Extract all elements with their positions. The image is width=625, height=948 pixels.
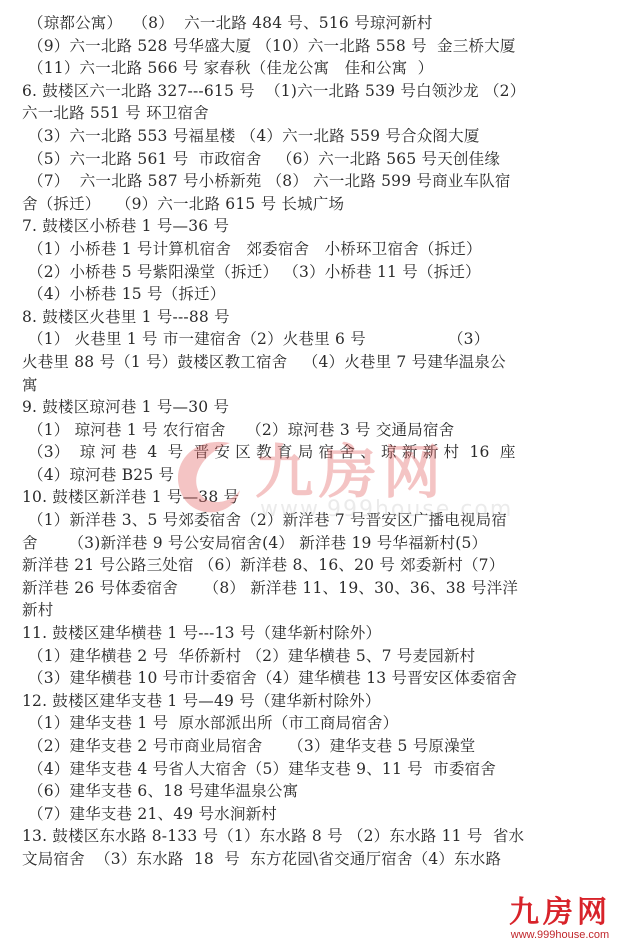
text-line: （1）小桥巷 1 号计算机宿舍 郊委宿舍 小桥环卫宿舍（拆迁） [22, 238, 622, 261]
text-line: （2）建华支巷 2 号市商业局宿舍 （3）建华支巷 5 号原澡堂 [22, 735, 622, 758]
text-line: （3） 琼 河 巷 4 号 晋 安 区 教 育 局 宿 舍 、 琼 新 新 村 … [22, 441, 622, 464]
text-line: 六一北路 551 号 环卫宿舍 [22, 102, 622, 125]
text-line: 火巷里 88 号（1 号）鼓楼区教工宿舍 （4）火巷里 7 号建华温泉公 [22, 351, 622, 374]
text-line: （3）建华横巷 10 号市计委宿舍（4）建华横巷 13 号晋安区体委宿舍 [22, 667, 622, 690]
text-line: （2）小桥巷 5 号紫阳澡堂（拆迁） （3）小桥巷 11 号（拆迁） [22, 261, 622, 284]
text-line: （琼都公寓） （8） 六一北路 484 号、516 号琼河新村 [22, 12, 622, 35]
text-line: （6）建华支巷 6、18 号建华温泉公寓 [22, 780, 622, 803]
logo-url: www.999house.com [501, 929, 619, 942]
text-line: 寓 [22, 374, 622, 397]
section-heading: 8. 鼓楼区火巷里 1 号---88 号 [22, 306, 622, 329]
text-line: （9）六一北路 528 号华盛大厦 （10）六一北路 558 号 金三桥大厦 [22, 35, 622, 58]
text-line: 新洋巷 26 号体委宿舍 （8） 新洋巷 11、19、30、36、38 号泮洋 [22, 577, 622, 600]
section-heading: 9. 鼓楼区琼河巷 1 号—30 号 [22, 396, 622, 419]
text-line: （1）新洋巷 3、5 号郊委宿舍（2）新洋巷 7 号晋安区广播电视局宿 [22, 509, 622, 532]
section-heading: 10. 鼓楼区新洋巷 1 号—38 号 [22, 486, 622, 509]
site-logo: 九房网 www.999house.com [501, 897, 619, 942]
text-line: （1）建华横巷 2 号 华侨新村 （2）建华横巷 5、7 号麦园新村 [22, 645, 622, 668]
document-page: （琼都公寓） （8） 六一北路 484 号、516 号琼河新村 （9）六一北路 … [22, 12, 622, 871]
text-line: （1） 琼河巷 1 号 农行宿舍 （2）琼河巷 3 号 交通局宿舍 [22, 419, 622, 442]
text-line: （1）建华支巷 1 号 原水部派出所（市工商局宿舍） [22, 712, 622, 735]
section-heading: 11. 鼓楼区建华横巷 1 号---13 号（建华新村除外） [22, 622, 622, 645]
section-heading: 12. 鼓楼区建华支巷 1 号—49 号（建华新村除外） [22, 690, 622, 713]
text-line: （11）六一北路 566 号 家春秋（佳龙公寓 佳和公寓 ） [22, 57, 622, 80]
text-line: （4）小桥巷 15 号（拆迁） [22, 283, 622, 306]
text-line: （1） 火巷里 1 号 市一建宿舍（2）火巷里 6 号 （3） [22, 328, 622, 351]
text-line: 文局宿舍 （3）东水路 18 号 东方花园\省交通厅宿舍（4）东水路 [22, 848, 622, 871]
text-line: （3）六一北路 553 号福星楼 （4）六一北路 559 号合众阁大厦 [22, 125, 622, 148]
section-heading: 6. 鼓楼区六一北路 327---615 号 （1)六一北路 539 号白领沙龙… [22, 80, 622, 103]
section-heading: 13. 鼓楼区东水路 8-133 号（1）东水路 8 号 （2）东水路 11 号… [22, 825, 622, 848]
text-line: 舍（拆迁） （9）六一北路 615 号 长城广场 [22, 193, 622, 216]
section-heading: 7. 鼓楼区小桥巷 1 号—36 号 [22, 215, 622, 238]
text-line: （7） 六一北路 587 号小桥新苑 （8） 六一北路 599 号商业车队宿 [22, 170, 622, 193]
text-line: （4）建华支巷 4 号省人大宿舍（5）建华支巷 9、11 号 市委宿舍 [22, 758, 622, 781]
text-line: 舍 （3)新洋巷 9 号公安局宿舍(4） 新洋巷 19 号华福新村(5） [22, 532, 622, 555]
text-line: 新洋巷 21 号公路三处宿 （6）新洋巷 8、16、20 号 郊委新村（7） [22, 554, 622, 577]
text-line: （7）建华支巷 21、49 号水涧新村 [22, 803, 622, 826]
logo-brand: 九房网 [501, 897, 619, 929]
text-line: 新村 [22, 599, 622, 622]
text-line: （4）琼河巷 B25 号 [22, 464, 622, 487]
text-line: （5）六一北路 561 号 市政宿舍 （6）六一北路 565 号天创佳缘 [22, 148, 622, 171]
